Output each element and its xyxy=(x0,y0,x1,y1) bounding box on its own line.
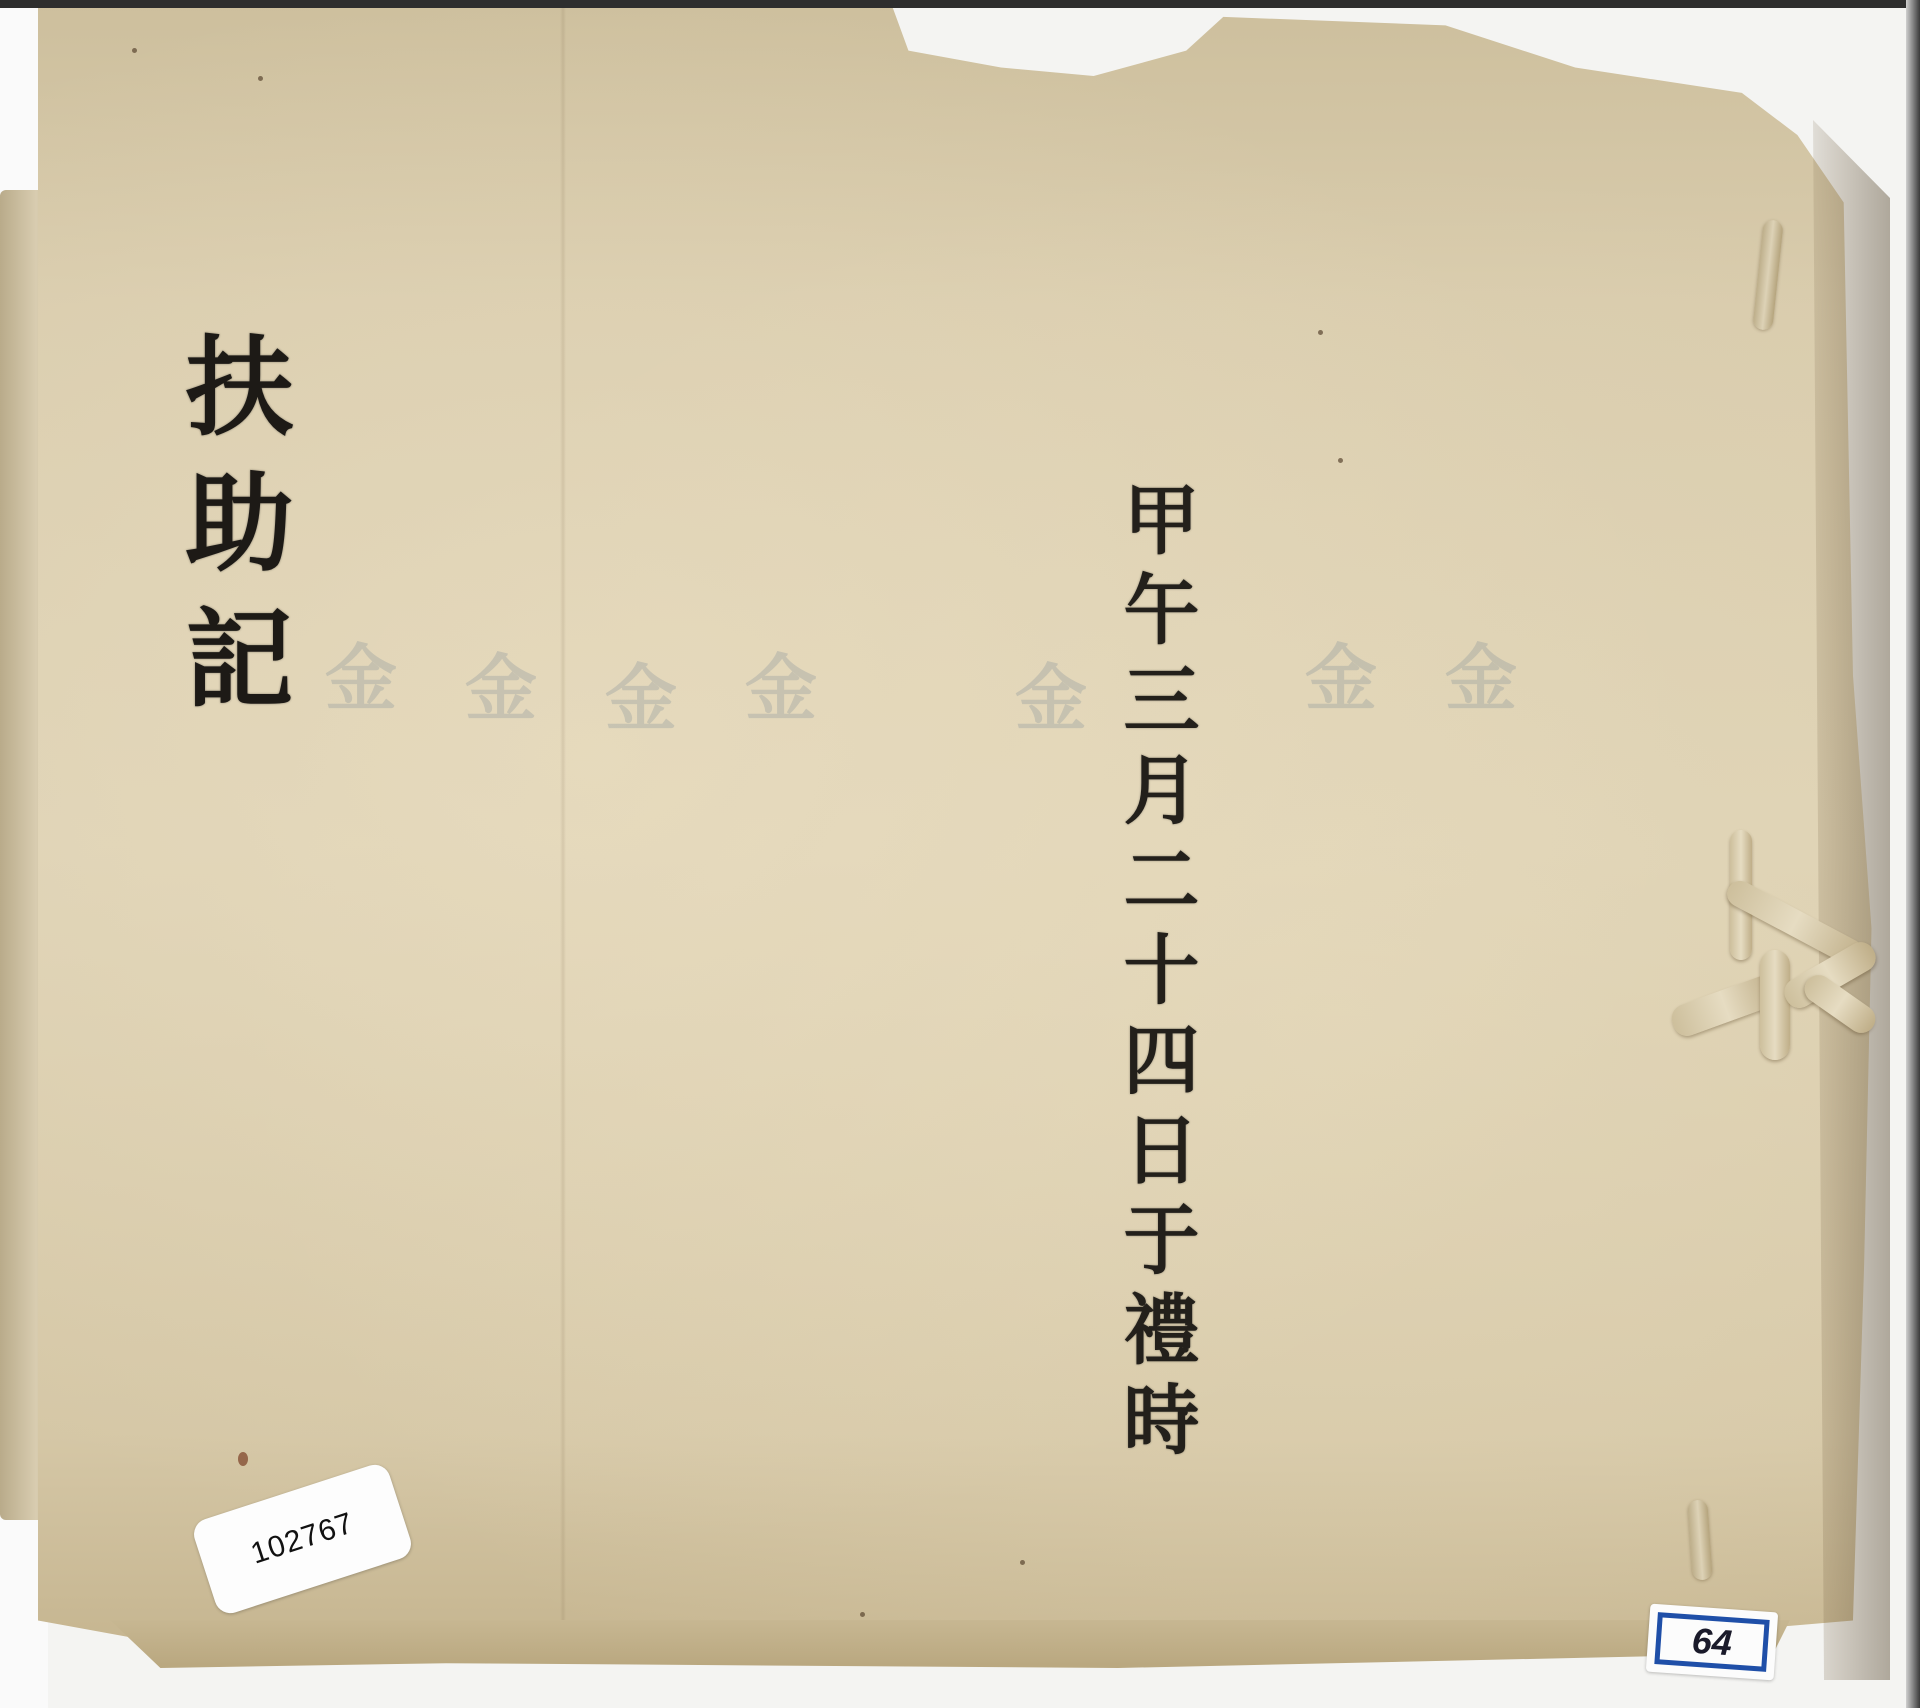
paper-speck xyxy=(258,76,263,81)
paper-speck xyxy=(860,1612,865,1617)
bleed-through-column: 金 xyxy=(1420,640,1530,712)
catalog-number: 102767 xyxy=(247,1506,358,1571)
bleed-through-column: 金 xyxy=(580,660,690,732)
paper-speck xyxy=(132,48,137,53)
paper-fold-line xyxy=(560,0,566,1650)
bottom-paper-flap xyxy=(110,1620,1790,1668)
binding-string-knot xyxy=(1660,820,1890,1060)
bleed-through-column: 金 xyxy=(990,660,1100,732)
paper-speck xyxy=(1318,330,1323,335)
volume-number: 64 xyxy=(1691,1620,1734,1665)
document-cover-sheet xyxy=(38,0,1890,1688)
paper-speck xyxy=(1338,458,1343,463)
document-date-inscription: 甲午三月二十四日于禮時 xyxy=(1110,480,1200,1470)
bleed-through-column: 金 xyxy=(300,640,410,712)
paper-stain xyxy=(238,1452,248,1466)
paper-speck xyxy=(1020,1560,1025,1565)
document-title: 扶助記 xyxy=(170,330,290,738)
bleed-through-column: 金 xyxy=(1280,640,1390,712)
volume-label: 64 xyxy=(1646,1604,1778,1681)
scanner-top-edge xyxy=(0,0,1920,8)
bleed-through-column: 金 xyxy=(720,650,830,722)
knot-thread xyxy=(1760,950,1790,1060)
bleed-through-column: 金 xyxy=(440,650,550,722)
scanner-right-edge xyxy=(1906,0,1920,1708)
volume-label-border: 64 xyxy=(1654,1612,1769,1672)
